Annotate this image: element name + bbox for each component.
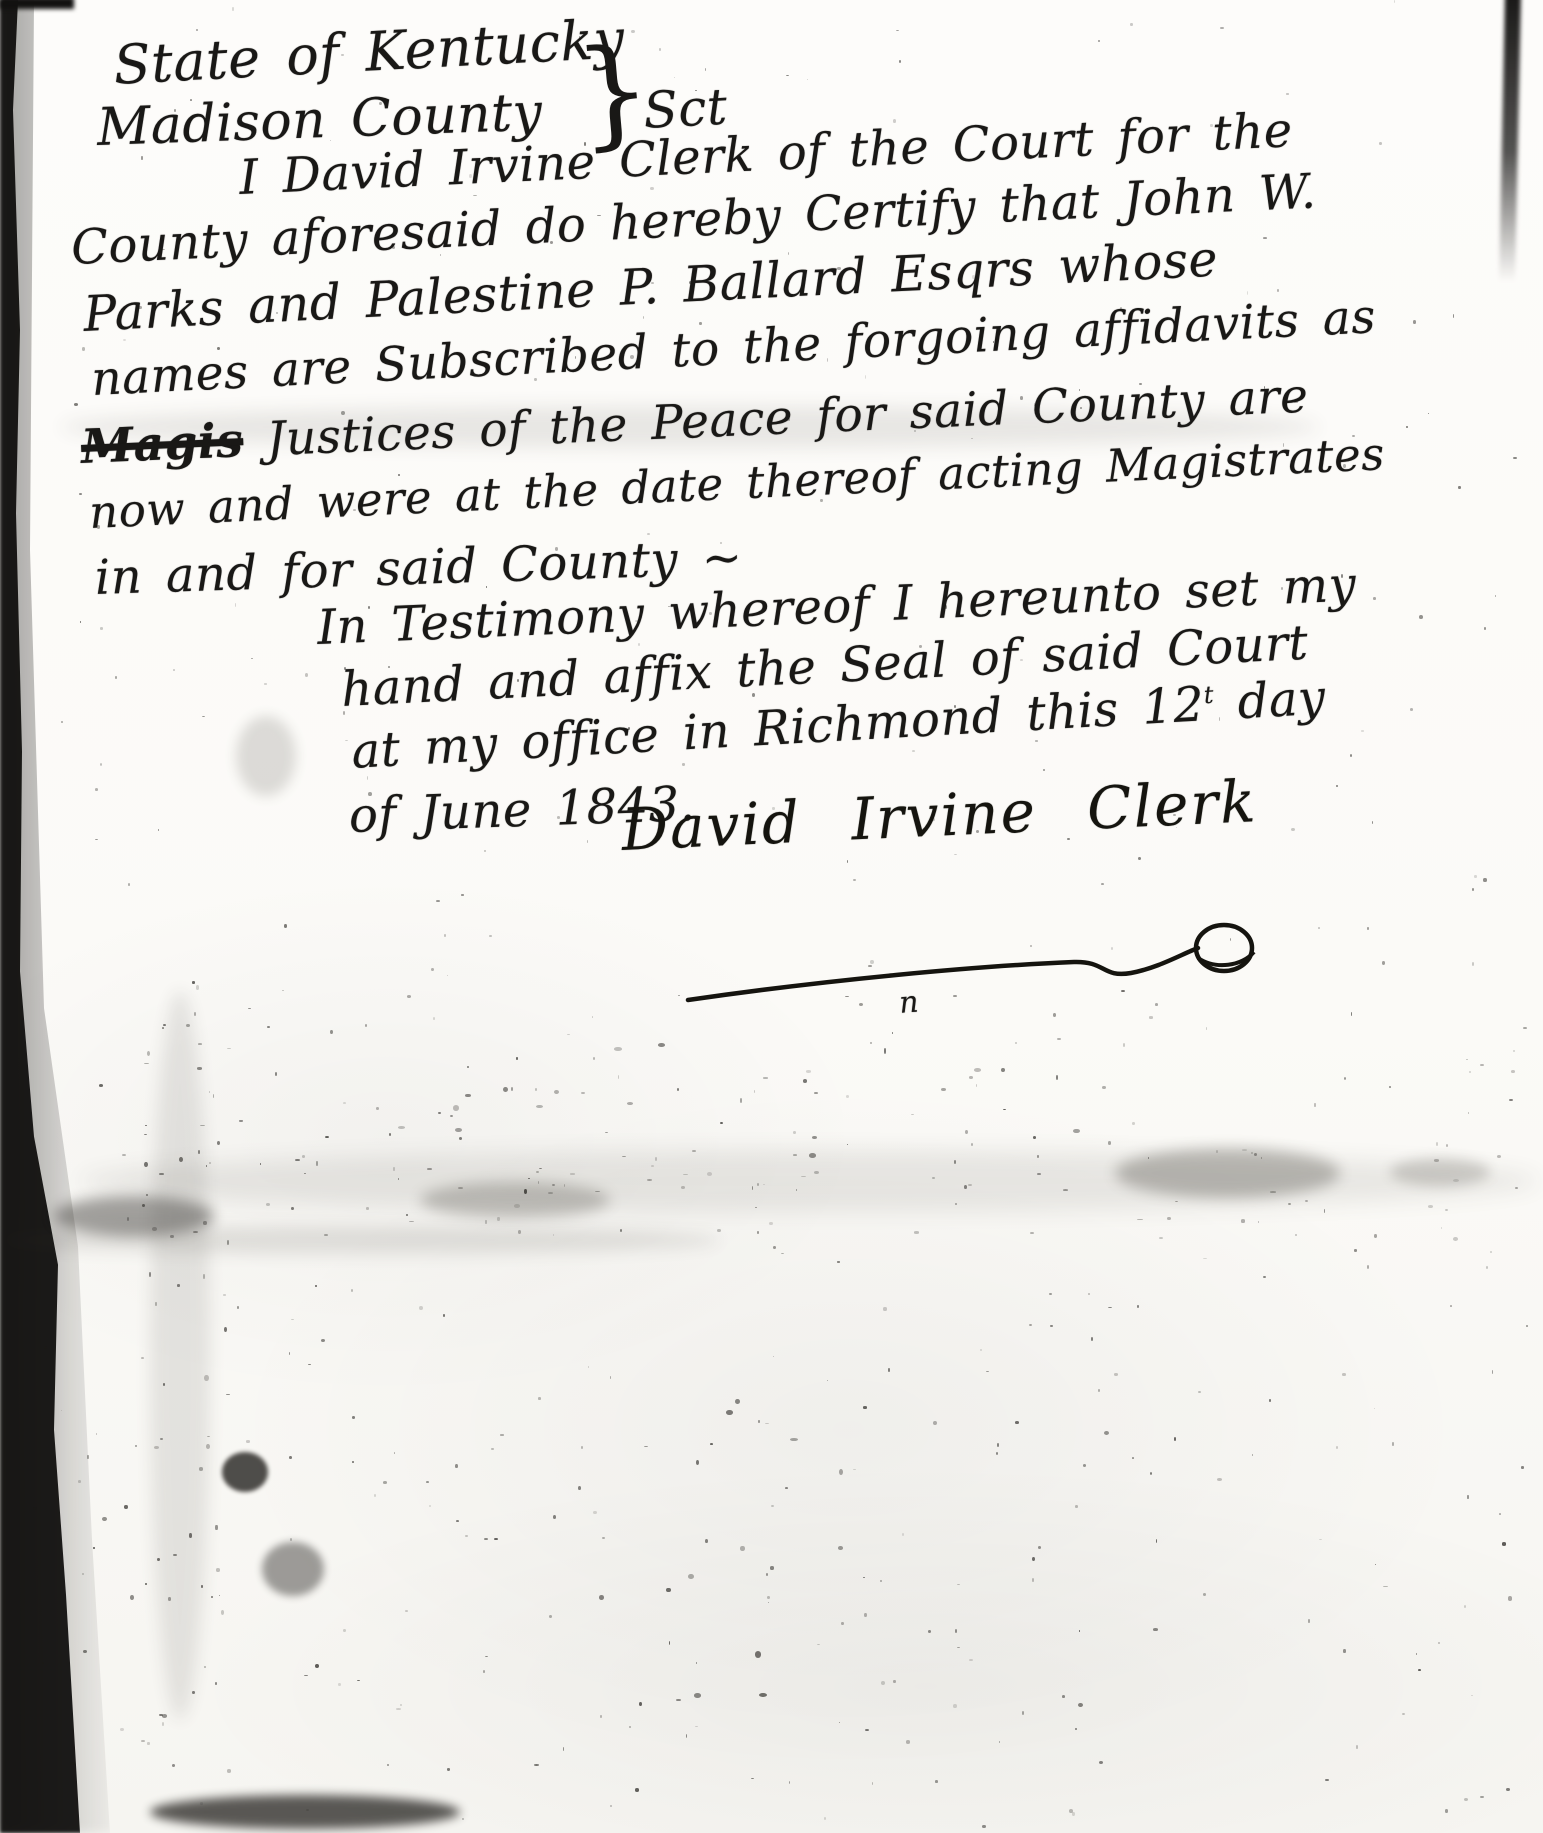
- top-edge-streak: [0, 0, 74, 9]
- ink-blot: [222, 1452, 268, 1492]
- ink-blot: [262, 1542, 324, 1596]
- paraph-small-mark: n: [898, 985, 920, 1021]
- bottom-edge-smudge: [150, 1795, 460, 1829]
- clerk-signature: David Irvine Clerk: [620, 767, 1259, 864]
- speck-trail: [150, 990, 210, 1720]
- margin-smudge: [236, 716, 296, 796]
- right-edge-fold-streak: [1499, 0, 1521, 282]
- date-day-after: day: [1212, 670, 1327, 732]
- heading-state-line: State of Kentucky: [112, 7, 626, 97]
- signature-paraph-flourish: [676, 922, 1276, 1032]
- scanned-document-page: State of Kentucky Madison County } Sct I…: [0, 0, 1543, 1833]
- fold-stain-smudge: [420, 1182, 610, 1218]
- fold-stain-smudge: [1115, 1148, 1340, 1198]
- struck-out-word: Magis: [80, 413, 244, 475]
- fold-stain-smudge: [1390, 1158, 1490, 1186]
